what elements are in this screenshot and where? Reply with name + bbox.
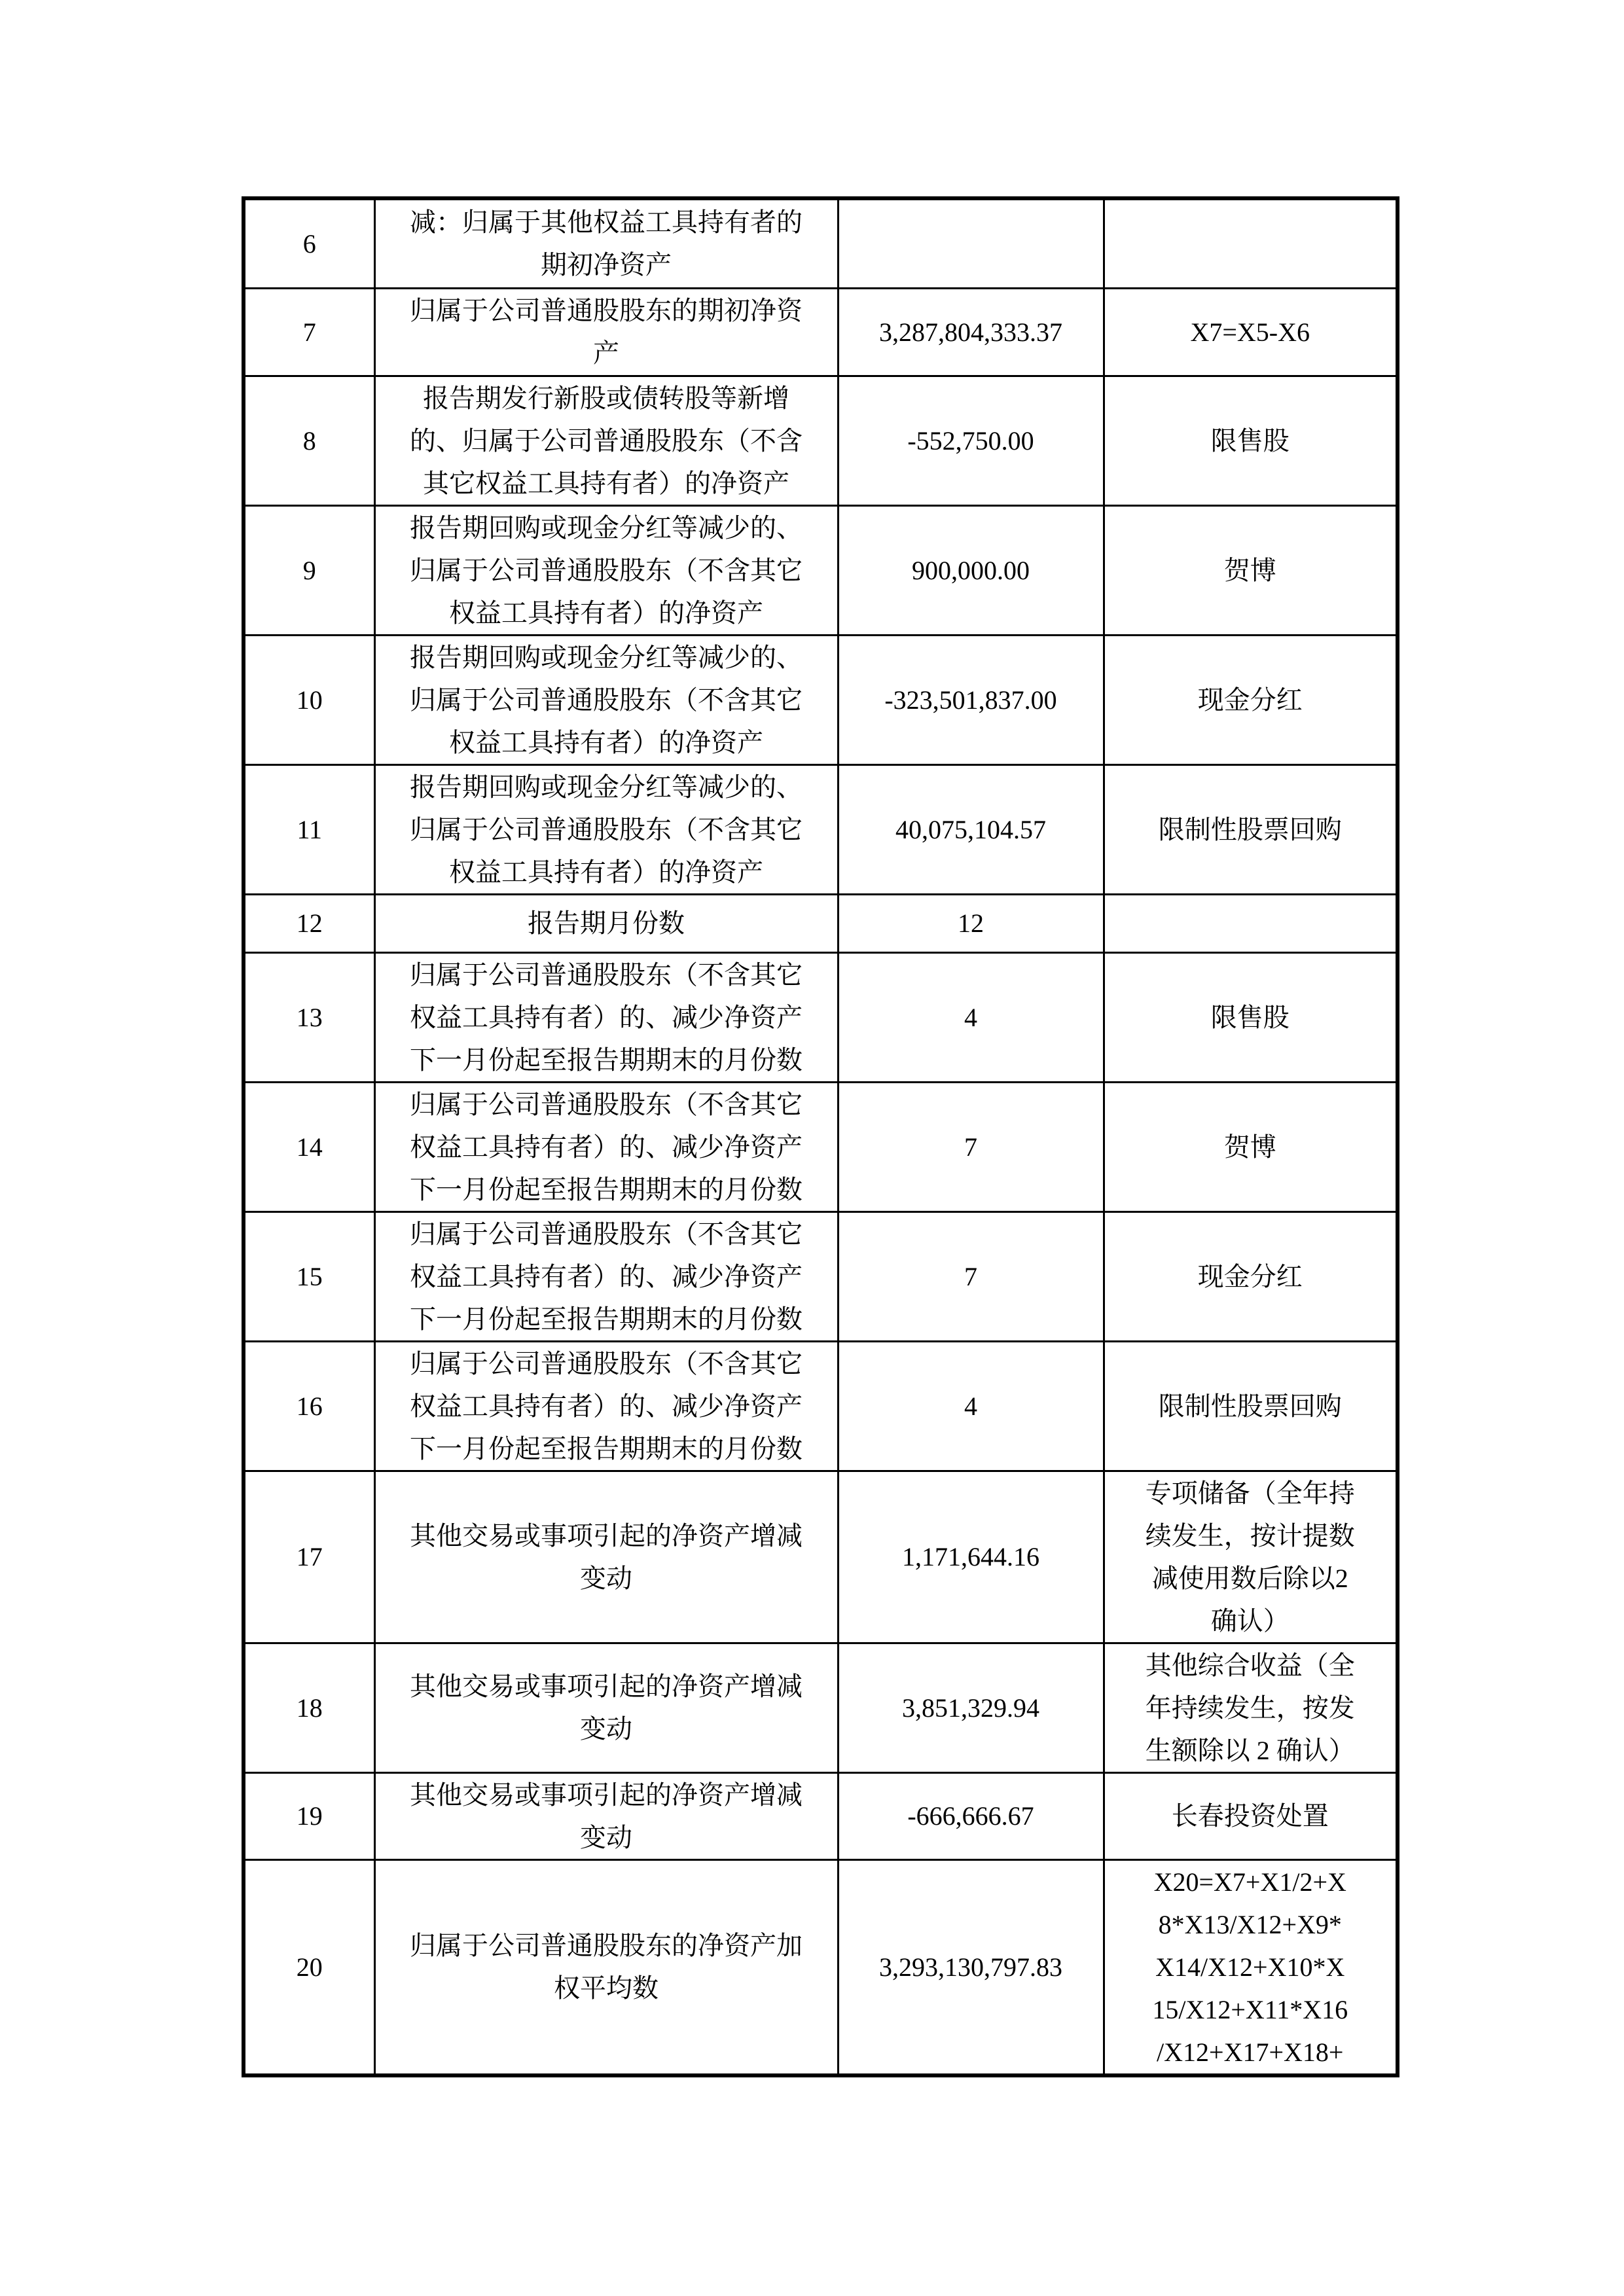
item-description-text: 报告期回购或现金分红等减少的、归属于公司普通股股东（不含其它权益工具持有者）的净…	[376, 636, 837, 764]
item-description-line: 其它权益工具持有者）的净资产	[388, 462, 825, 505]
item-description-text: 归属于公司普通股股东（不含其它权益工具持有者）的、减少净资产下一月份起至报告期期…	[376, 1342, 837, 1470]
item-description-line: 变动	[388, 1816, 825, 1859]
row-number-cell: 18	[244, 1643, 374, 1772]
remark-text: 现金分红	[1105, 1255, 1396, 1298]
row-number-cell: 14	[244, 1082, 374, 1211]
table-row: 10报告期回购或现金分红等减少的、归属于公司普通股股东（不含其它权益工具持有者）…	[244, 635, 1398, 764]
row-number-cell: 10	[244, 635, 374, 764]
item-description-line: 其他交易或事项引起的净资产增减	[388, 1774, 825, 1816]
item-description-cell: 报告期回购或现金分红等减少的、归属于公司普通股股东（不含其它权益工具持有者）的净…	[374, 505, 838, 635]
remark-cell: 限售股	[1104, 376, 1398, 505]
table-row: 8报告期发行新股或债转股等新增的、归属于公司普通股股东（不含其它权益工具持有者）…	[244, 376, 1398, 505]
item-description-line: 报告期发行新股或债转股等新增	[388, 377, 825, 420]
remark-cell	[1104, 894, 1398, 952]
item-description-text: 归属于公司普通股股东（不含其它权益工具持有者）的、减少净资产下一月份起至报告期期…	[376, 1083, 837, 1211]
item-description-line: 的、归属于公司普通股股东（不含	[388, 420, 825, 462]
remark-line: 限制性股票回购	[1113, 1385, 1388, 1427]
remark-text: 现金分红	[1105, 679, 1396, 721]
remark-text: 限制性股票回购	[1105, 1385, 1396, 1427]
table-row: 15归属于公司普通股股东（不含其它权益工具持有者）的、减少净资产下一月份起至报告…	[244, 1211, 1398, 1341]
item-description-cell: 归属于公司普通股股东（不含其它权益工具持有者）的、减少净资产下一月份起至报告期期…	[374, 1211, 838, 1341]
item-description-text: 其他交易或事项引起的净资产增减变动	[376, 1515, 837, 1600]
item-description-line: 权益工具持有者）的、减少净资产	[388, 1255, 825, 1298]
table-row: 9报告期回购或现金分红等减少的、归属于公司普通股股东（不含其它权益工具持有者）的…	[244, 505, 1398, 635]
item-description-line: 归属于公司普通股股东（不含其它	[388, 1342, 825, 1385]
amount-cell: -552,750.00	[838, 376, 1104, 505]
item-description-text: 归属于公司普通股股东（不含其它权益工具持有者）的、减少净资产下一月份起至报告期期…	[376, 954, 837, 1081]
item-description-line: 归属于公司普通股股东的期初净资	[388, 289, 825, 332]
amount-cell: 3,293,130,797.83	[838, 1859, 1104, 2075]
row-number-cell: 9	[244, 505, 374, 635]
remark-cell: 贺博	[1104, 505, 1398, 635]
remark-line: 贺博	[1113, 549, 1388, 592]
remark-text: X20=X7+X1/2+X8*X13/X12+X9*X14/X12+X10*X1…	[1105, 1861, 1396, 2073]
row-number-cell: 7	[244, 288, 374, 376]
remark-text: 其他综合收益（全年持续发生，按发生额除以 2 确认）	[1105, 1644, 1396, 1772]
item-description-text: 报告期回购或现金分红等减少的、归属于公司普通股股东（不含其它权益工具持有者）的净…	[376, 766, 837, 893]
item-description-line: 归属于公司普通股股东（不含其它	[388, 679, 825, 721]
item-description-line: 权平均数	[388, 1967, 825, 2009]
row-number-cell: 15	[244, 1211, 374, 1341]
item-description-line: 归属于公司普通股股东（不含其它	[388, 1213, 825, 1255]
remark-line: /X12+X17+X18+	[1113, 2031, 1388, 2073]
remark-text: 贺博	[1105, 1126, 1396, 1168]
remark-line: 现金分红	[1113, 1255, 1388, 1298]
item-description-line: 权益工具持有者）的、减少净资产	[388, 996, 825, 1039]
item-description-text: 报告期月份数	[376, 902, 837, 944]
remark-cell: X7=X5-X6	[1104, 288, 1398, 376]
item-description-line: 下一月份起至报告期期末的月份数	[388, 1298, 825, 1340]
item-description-line: 其他交易或事项引起的净资产增减	[388, 1515, 825, 1557]
amount-cell: 900,000.00	[838, 505, 1104, 635]
item-description-cell: 归属于公司普通股股东的净资产加权平均数	[374, 1859, 838, 2075]
remark-cell: X20=X7+X1/2+X8*X13/X12+X9*X14/X12+X10*X1…	[1104, 1859, 1398, 2075]
item-description-line: 权益工具持有者）的净资产	[388, 721, 825, 764]
row-number-cell: 16	[244, 1341, 374, 1471]
item-description-line: 权益工具持有者）的净资产	[388, 851, 825, 893]
remark-line: 其他综合收益（全	[1113, 1644, 1388, 1687]
item-description-cell: 报告期月份数	[374, 894, 838, 952]
remark-line: 续发生，按计提数	[1113, 1515, 1388, 1557]
item-description-text: 归属于公司普通股股东（不含其它权益工具持有者）的、减少净资产下一月份起至报告期期…	[376, 1213, 837, 1340]
table-row: 6减：归属于其他权益工具持有者的期初净资产	[244, 198, 1398, 288]
item-description-cell: 归属于公司普通股股东（不含其它权益工具持有者）的、减少净资产下一月份起至报告期期…	[374, 952, 838, 1082]
table-row: 20归属于公司普通股股东的净资产加权平均数3,293,130,797.83X20…	[244, 1859, 1398, 2075]
remark-cell: 专项储备（全年持续发生，按计提数减使用数后除以2确认）	[1104, 1471, 1398, 1643]
remark-line: 专项储备（全年持	[1113, 1472, 1388, 1515]
item-description-cell: 减：归属于其他权益工具持有者的期初净资产	[374, 198, 838, 288]
item-description-line: 下一月份起至报告期期末的月份数	[388, 1039, 825, 1081]
item-description-line: 报告期回购或现金分红等减少的、	[388, 766, 825, 808]
row-number-cell: 13	[244, 952, 374, 1082]
amount-cell: -666,666.67	[838, 1772, 1104, 1859]
item-description-line: 归属于公司普通股股东（不含其它	[388, 808, 825, 851]
amount-cell: 4	[838, 952, 1104, 1082]
item-description-line: 报告期月份数	[388, 902, 825, 944]
table-row: 14归属于公司普通股股东（不含其它权益工具持有者）的、减少净资产下一月份起至报告…	[244, 1082, 1398, 1211]
item-description-text: 其他交易或事项引起的净资产增减变动	[376, 1774, 837, 1859]
amount-cell	[838, 198, 1104, 288]
remark-cell: 限售股	[1104, 952, 1398, 1082]
remark-text: 限售股	[1105, 420, 1396, 462]
amount-cell: 4	[838, 1341, 1104, 1471]
amount-cell: 7	[838, 1082, 1104, 1211]
remark-cell	[1104, 198, 1398, 288]
table-row: 13归属于公司普通股股东（不含其它权益工具持有者）的、减少净资产下一月份起至报告…	[244, 952, 1398, 1082]
table-row: 12报告期月份数12	[244, 894, 1398, 952]
table-row: 11报告期回购或现金分红等减少的、归属于公司普通股股东（不含其它权益工具持有者）…	[244, 764, 1398, 894]
item-description-line: 减：归属于其他权益工具持有者的	[388, 201, 825, 243]
item-description-line: 期初净资产	[388, 243, 825, 286]
item-description-line: 产	[388, 332, 825, 374]
item-description-cell: 其他交易或事项引起的净资产增减变动	[374, 1471, 838, 1643]
item-description-line: 归属于公司普通股股东的净资产加	[388, 1924, 825, 1967]
remark-line: 确认）	[1113, 1600, 1388, 1642]
item-description-line: 变动	[388, 1557, 825, 1600]
item-description-text: 减：归属于其他权益工具持有者的期初净资产	[376, 201, 837, 286]
item-description-text: 报告期回购或现金分红等减少的、归属于公司普通股股东（不含其它权益工具持有者）的净…	[376, 507, 837, 634]
amount-cell: 3,851,329.94	[838, 1643, 1104, 1772]
remark-line: 长春投资处置	[1113, 1795, 1388, 1837]
remark-line: 限制性股票回购	[1113, 808, 1388, 851]
item-description-line: 归属于公司普通股股东（不含其它	[388, 954, 825, 996]
item-description-cell: 其他交易或事项引起的净资产增减变动	[374, 1772, 838, 1859]
amount-cell: 1,171,644.16	[838, 1471, 1104, 1643]
item-description-line: 报告期回购或现金分红等减少的、	[388, 636, 825, 679]
item-description-cell: 报告期回购或现金分红等减少的、归属于公司普通股股东（不含其它权益工具持有者）的净…	[374, 764, 838, 894]
amount-cell: -323,501,837.00	[838, 635, 1104, 764]
amount-cell: 12	[838, 894, 1104, 952]
remark-line: 8*X13/X12+X9*	[1113, 1903, 1388, 1946]
remark-cell: 现金分红	[1104, 635, 1398, 764]
remark-line: 减使用数后除以2	[1113, 1557, 1388, 1600]
table-row: 18其他交易或事项引起的净资产增减变动3,851,329.94其他综合收益（全年…	[244, 1643, 1398, 1772]
table-row: 16归属于公司普通股股东（不含其它权益工具持有者）的、减少净资产下一月份起至报告…	[244, 1341, 1398, 1471]
item-description-cell: 归属于公司普通股股东（不含其它权益工具持有者）的、减少净资产下一月份起至报告期期…	[374, 1082, 838, 1211]
row-number-cell: 11	[244, 764, 374, 894]
remark-cell: 限制性股票回购	[1104, 1341, 1398, 1471]
remark-line: 限售股	[1113, 420, 1388, 462]
item-description-cell: 归属于公司普通股股东（不含其它权益工具持有者）的、减少净资产下一月份起至报告期期…	[374, 1341, 838, 1471]
item-description-text: 归属于公司普通股股东的净资产加权平均数	[376, 1924, 837, 2009]
remark-line: X14/X12+X10*X	[1113, 1946, 1388, 1988]
row-number-cell: 12	[244, 894, 374, 952]
remark-line: 限售股	[1113, 996, 1388, 1039]
remark-cell: 限制性股票回购	[1104, 764, 1398, 894]
remark-text: 专项储备（全年持续发生，按计提数减使用数后除以2确认）	[1105, 1472, 1396, 1642]
amount-cell: 3,287,804,333.37	[838, 288, 1104, 376]
remark-cell: 贺博	[1104, 1082, 1398, 1211]
item-description-line: 下一月份起至报告期期末的月份数	[388, 1168, 825, 1211]
item-description-line: 权益工具持有者）的、减少净资产	[388, 1126, 825, 1168]
table-row: 7归属于公司普通股股东的期初净资产3,287,804,333.37X7=X5-X…	[244, 288, 1398, 376]
row-number-cell: 19	[244, 1772, 374, 1859]
item-description-line: 归属于公司普通股股东（不含其它	[388, 549, 825, 592]
remark-cell: 长春投资处置	[1104, 1772, 1398, 1859]
table-row: 19其他交易或事项引起的净资产增减变动-666,666.67长春投资处置	[244, 1772, 1398, 1859]
item-description-line: 归属于公司普通股股东（不含其它	[388, 1083, 825, 1126]
item-description-cell: 其他交易或事项引起的净资产增减变动	[374, 1643, 838, 1772]
item-description-line: 下一月份起至报告期期末的月份数	[388, 1427, 825, 1470]
remark-line: 年持续发生，按发	[1113, 1687, 1388, 1729]
remark-line: 15/X12+X11*X16	[1113, 1988, 1388, 2031]
table-body: 6减：归属于其他权益工具持有者的期初净资产7归属于公司普通股股东的期初净资产3,…	[244, 198, 1398, 2075]
row-number-cell: 20	[244, 1859, 374, 2075]
weighted-net-assets-table: 6减：归属于其他权益工具持有者的期初净资产7归属于公司普通股股东的期初净资产3,…	[242, 196, 1399, 2077]
item-description-text: 归属于公司普通股股东的期初净资产	[376, 289, 837, 374]
table-row: 17其他交易或事项引起的净资产增减变动1,171,644.16专项储备（全年持续…	[244, 1471, 1398, 1643]
item-description-line: 变动	[388, 1708, 825, 1750]
remark-line: X7=X5-X6	[1113, 311, 1388, 353]
remark-line: X20=X7+X1/2+X	[1113, 1861, 1388, 1903]
amount-cell: 7	[838, 1211, 1104, 1341]
item-description-line: 报告期回购或现金分红等减少的、	[388, 507, 825, 549]
item-description-text: 报告期发行新股或债转股等新增的、归属于公司普通股股东（不含其它权益工具持有者）的…	[376, 377, 837, 505]
remark-text: 限售股	[1105, 996, 1396, 1039]
row-number-cell: 6	[244, 198, 374, 288]
row-number-cell: 17	[244, 1471, 374, 1643]
remark-cell: 其他综合收益（全年持续发生，按发生额除以 2 确认）	[1104, 1643, 1398, 1772]
row-number-cell: 8	[244, 376, 374, 505]
item-description-line: 其他交易或事项引起的净资产增减	[388, 1665, 825, 1708]
remark-text: X7=X5-X6	[1105, 311, 1396, 353]
remark-line: 生额除以 2 确认）	[1113, 1729, 1388, 1772]
remark-text: 限制性股票回购	[1105, 808, 1396, 851]
item-description-cell: 归属于公司普通股股东的期初净资产	[374, 288, 838, 376]
document-page: 6减：归属于其他权益工具持有者的期初净资产7归属于公司普通股股东的期初净资产3,…	[0, 0, 1624, 2296]
amount-cell: 40,075,104.57	[838, 764, 1104, 894]
remark-line: 现金分红	[1113, 679, 1388, 721]
item-description-cell: 报告期回购或现金分红等减少的、归属于公司普通股股东（不含其它权益工具持有者）的净…	[374, 635, 838, 764]
remark-line: 贺博	[1113, 1126, 1388, 1168]
item-description-line: 权益工具持有者）的净资产	[388, 592, 825, 634]
remark-text: 长春投资处置	[1105, 1795, 1396, 1837]
remark-cell: 现金分红	[1104, 1211, 1398, 1341]
remark-text: 贺博	[1105, 549, 1396, 592]
item-description-line: 权益工具持有者）的、减少净资产	[388, 1385, 825, 1427]
item-description-cell: 报告期发行新股或债转股等新增的、归属于公司普通股股东（不含其它权益工具持有者）的…	[374, 376, 838, 505]
item-description-text: 其他交易或事项引起的净资产增减变动	[376, 1665, 837, 1750]
